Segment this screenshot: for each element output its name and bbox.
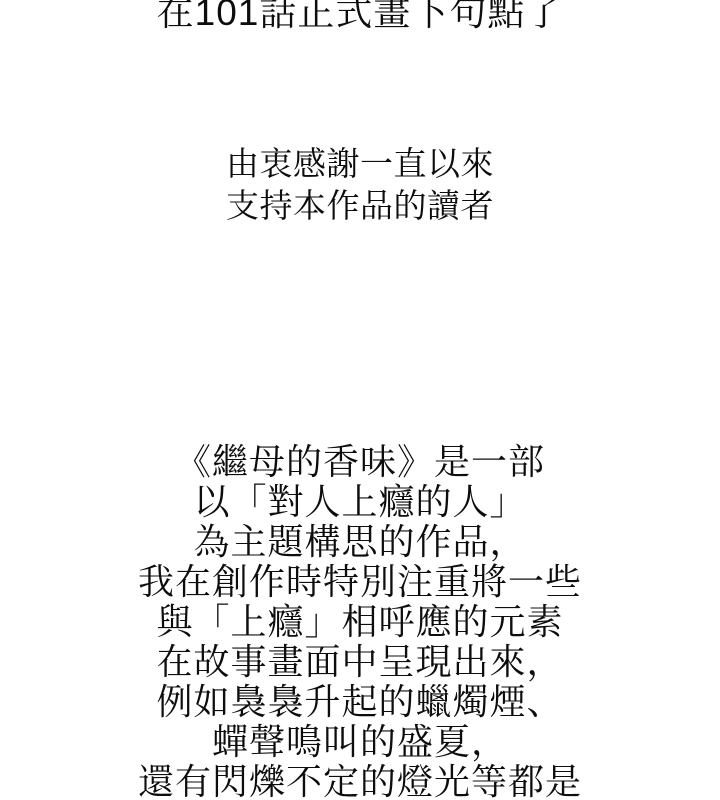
- afterword-paragraph: 《繼母的香味》是一部 以「對人上癮的人」 為主題構思的作品， 我在創作時特別注重…: [0, 442, 720, 800]
- intro-headline: 在101話正式畫下句點了: [0, 0, 720, 33]
- afterword-line: 以「對人上癮的人」: [0, 482, 720, 522]
- afterword-line: 例如裊裊升起的蠟燭煙、: [0, 682, 720, 722]
- intro-headline-text: 在101話正式畫下句點了: [0, 0, 720, 33]
- afterword-line: 蟬聲鳴叫的盛夏，: [0, 722, 720, 762]
- comic-afterword-page: 在101話正式畫下句點了 由衷感謝一直以來 支持本作品的讀者 《繼母的香味》是一…: [0, 0, 720, 800]
- afterword-line: 為主題構思的作品，: [0, 522, 720, 562]
- afterword-line: 我在創作時特別注重將一些: [0, 562, 720, 602]
- thanks-line: 支持本作品的讀者: [0, 185, 720, 227]
- afterword-line: 還有閃爍不定的燈光等都是: [0, 762, 720, 800]
- afterword-line: 《繼母的香味》是一部: [0, 442, 720, 482]
- thanks-line: 由衷感謝一直以來: [0, 143, 720, 185]
- afterword-line: 與「上癮」相呼應的元素: [0, 602, 720, 642]
- thanks-message: 由衷感謝一直以來 支持本作品的讀者: [0, 143, 720, 227]
- afterword-line: 在故事畫面中呈現出來，: [0, 642, 720, 682]
